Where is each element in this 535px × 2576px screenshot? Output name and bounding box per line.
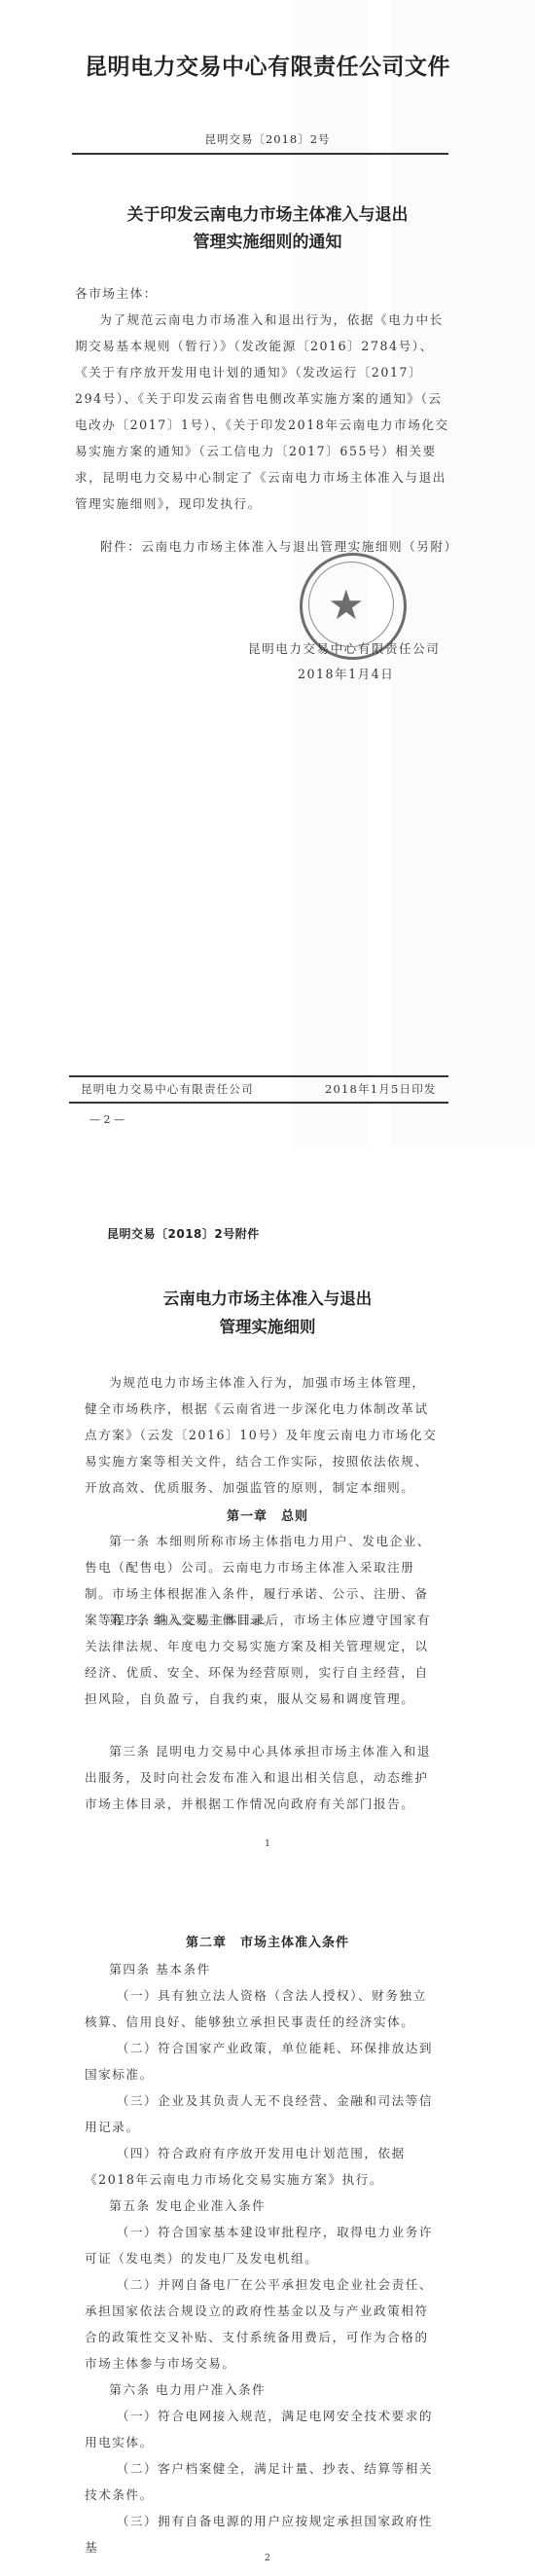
article-4-item-2: （二）符合国家产业政策，单位能耗、环保排放达到国家标准。 xyxy=(85,2035,438,2087)
page-number: 1 xyxy=(0,1839,535,1849)
article-3: 第三条 昆明电力交易中心具体承担市场主体准入和退出服务，及时向社会发布准入和退出… xyxy=(85,1738,438,1817)
footer-print-date: 2018年1月5日印发 xyxy=(325,1081,437,1097)
article-4-heading: 第四条 基本条件 xyxy=(85,1956,438,1982)
signature-date: 2018年1月4日 xyxy=(298,664,394,682)
document-number: 昆明交易〔2018〕2号 xyxy=(0,131,535,147)
rules-title-line-2: 管理实施细则 xyxy=(0,1314,535,1337)
article-6-item-1: （一）符合电网接入规范，满足电网安全技术要求的用电实体。 xyxy=(85,2403,438,2455)
article-6-item-3: （三）拥有自备电源的用户应按规定承担国家政府性基 xyxy=(85,2508,438,2560)
article-5-item-2: （二）并网自备电厂在公平承担发电企业社会责任、承担国家依法合规设立的政府性基金以… xyxy=(85,2271,438,2376)
footer-top-rule xyxy=(69,1075,448,1077)
footer-organization: 昆明电力交易中心有限责任公司 xyxy=(81,1081,254,1097)
article-4-item-4: （四）符合政府有序放开发用电计划范围，依据《2018年云南电力市场化交易实施方案… xyxy=(85,2140,438,2193)
notice-title-line-2: 管理实施细则的通知 xyxy=(0,228,535,252)
article-5-item-1: （一）符合国家基本建设审批程序，取得电力业务许可证（发电类）的发电厂及发电机组。 xyxy=(85,2219,438,2271)
document-header-title: 昆明电力交易中心有限责任公司文件 xyxy=(0,49,535,81)
page-number: 2 xyxy=(0,2554,535,2563)
rules-intro: 为规范电力市场主体准入行为，加强市场主体管理，健全市场秩序，根据《云南省进一步深… xyxy=(85,1369,438,1501)
attachment-line: 附件：云南电力市场主体准入与退出管理实施细则（另附） xyxy=(100,533,470,560)
rules-title-line-1: 云南电力市场主体准入与退出 xyxy=(0,1286,535,1309)
article-4-item-1: （一）具有独立法人资格（含法人授权）、财务独立核算、信用良好、能够独立承担民事责… xyxy=(85,1982,438,2035)
article-4-item-3: （三）企业及其负责人无不良经营、金融和司法等信用记录。 xyxy=(85,2087,438,2140)
star-icon: ★ xyxy=(328,585,365,626)
footer-bottom-rule xyxy=(69,1102,448,1104)
scan-shading xyxy=(391,0,535,1148)
header-divider xyxy=(72,153,448,155)
chapter-2-heading: 第二章 市场主体准入条件 xyxy=(0,1932,535,1950)
page-number: — 2 — xyxy=(89,1113,125,1126)
chapter-1-heading: 第一章 总则 xyxy=(0,1506,535,1524)
article-6-item-2: （二）客户档案健全，满足计量、抄表、结算等相关技术条件。 xyxy=(85,2455,438,2508)
signature-organization: 昆明电力交易中心有限责任公司 xyxy=(248,638,440,657)
annex-reference: 昆明交易〔2018〕2号附件 xyxy=(107,1225,260,1242)
salutation: 各市场主体： xyxy=(75,280,449,307)
article-6-heading: 第六条 电力用户准入条件 xyxy=(85,2376,438,2403)
article-5-heading: 第五条 发电企业准入条件 xyxy=(85,2193,438,2219)
article-2: 第二条 纳入交易主体目录后，市场主体应遵守国家有关法律法规、年度电力交易实施方案… xyxy=(85,1607,438,1712)
notice-body: 为了规范云南电力市场准入和退出行为，依据《电力中长期交易基本规则（暂行）》（发改… xyxy=(75,307,449,517)
notice-title-line-1: 关于印发云南电力市场主体准入与退出 xyxy=(0,200,535,225)
